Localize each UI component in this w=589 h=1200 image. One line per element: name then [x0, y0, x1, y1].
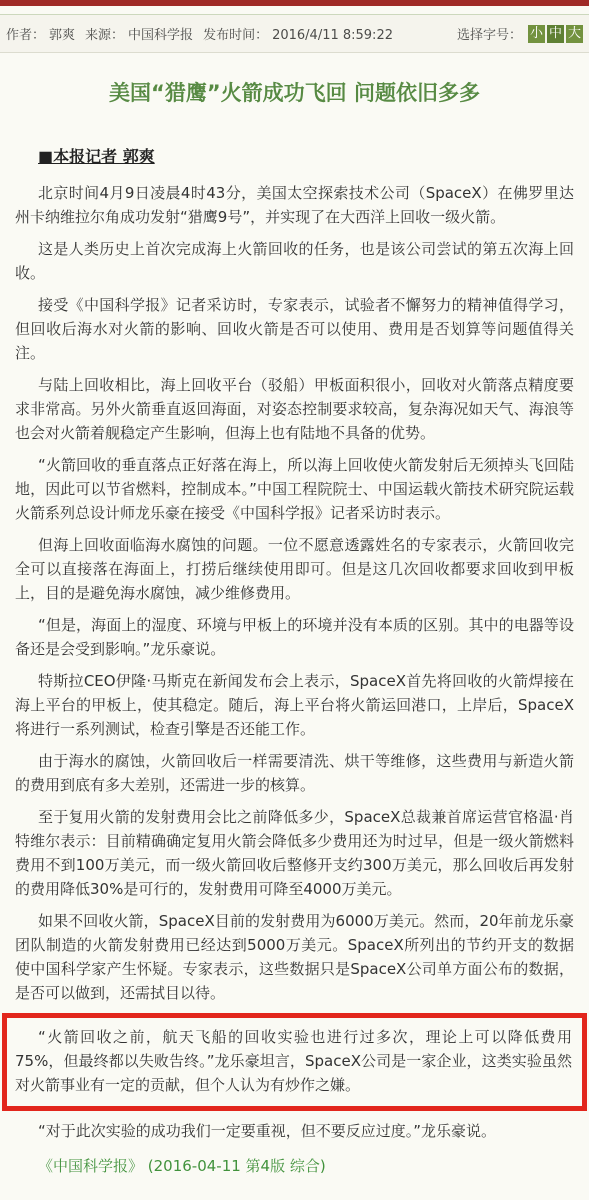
font-size-medium-button[interactable]: 中 [547, 25, 564, 43]
article-paragraph: 北京时间4月9日凌晨4时43分，美国太空探索技术公司（SpaceX）在佛罗里达州… [15, 181, 574, 229]
article-title: 美国“猎鹰”火箭成功飞回 问题依旧多多 [15, 79, 574, 108]
font-size-large-button[interactable]: 大 [566, 25, 583, 43]
article-body: 美国“猎鹰”火箭成功飞回 问题依旧多多 ■本报记者 郭爽 北京时间4月9日凌晨4… [0, 79, 589, 1200]
article-byline: ■本报记者 郭爽 [15, 144, 574, 167]
font-size-selector: 选择字号： 小 中 大 [457, 24, 583, 43]
top-accent-bar [0, 0, 589, 6]
author-label: 作者： [6, 28, 45, 43]
article-paragraph: 这是人类历史上首次完成海上火箭回收的任务，也是该公司尝试的第五次海上回收。 [15, 237, 574, 285]
publish-time-label: 发布时间： [203, 28, 268, 43]
article-meta-info: 作者：郭爽来源：中国科学报发布时间：2016/4/11 8:59:22 [6, 24, 403, 43]
article-paragraph: 至于复用火箭的发射费用会比之前降低多少，SpaceX总裁兼首席运营官格温·肖特维… [15, 805, 574, 901]
article-paragraph: 与陆上回收相比，海上回收平台（驳船）甲板面积很小，回收对火箭落点精度要求非常高。… [15, 373, 574, 445]
article-meta-bar: 作者：郭爽来源：中国科学报发布时间：2016/4/11 8:59:22 选择字号… [0, 14, 589, 53]
author-value: 郭爽 [49, 28, 75, 43]
article-paragraph: 特斯拉CEO伊隆·马斯克在新闻发布会上表示，SpaceX首先将回收的火箭焊接在海… [15, 669, 574, 741]
font-size-small-button[interactable]: 小 [528, 25, 545, 43]
source-value: 中国科学报 [128, 28, 193, 43]
article-paragraph: 由于海水的腐蚀，火箭回收后一样需要清洗、烘干等维修，这些费用与新造火箭的费用到底… [15, 749, 574, 797]
publish-time-value: 2016/4/11 8:59:22 [272, 28, 393, 43]
article-paragraph: “火箭回收的垂直落点正好落在海上，所以海上回收使火箭发射后无须掉头飞回陆地，因此… [15, 453, 574, 525]
article-paragraph: 但海上回收面临海水腐蚀的问题。一位不愿意透露姓名的专家表示，火箭回收完全可以直接… [15, 533, 574, 605]
font-size-label: 选择字号： [457, 24, 522, 43]
highlighted-paragraph: “火箭回收之前，航天飞船的回收实验也进行过多次，理论上可以降低费用75%，但最终… [2, 1013, 587, 1111]
article-paragraph: 如果不回收火箭，SpaceX目前的发射费用为6000万美元。然而，20年前龙乐豪… [15, 909, 574, 1005]
article-source-footer: 《中国科学报》 (2016-04-11 第4版 综合) [15, 1155, 574, 1200]
article-paragraph: “但是，海面上的湿度、环境与甲板上的环境并没有本质的区别。其中的电器等设备还是会… [15, 613, 574, 661]
article-paragraph: 接受《中国科学报》记者采访时，专家表示，试验者不懈努力的精神值得学习，但回收后海… [15, 293, 574, 365]
article-paragraph: “对于此次实验的成功我们一定要重视，但不要反应过度。”龙乐豪说。 [15, 1119, 574, 1143]
source-label: 来源： [85, 28, 124, 43]
